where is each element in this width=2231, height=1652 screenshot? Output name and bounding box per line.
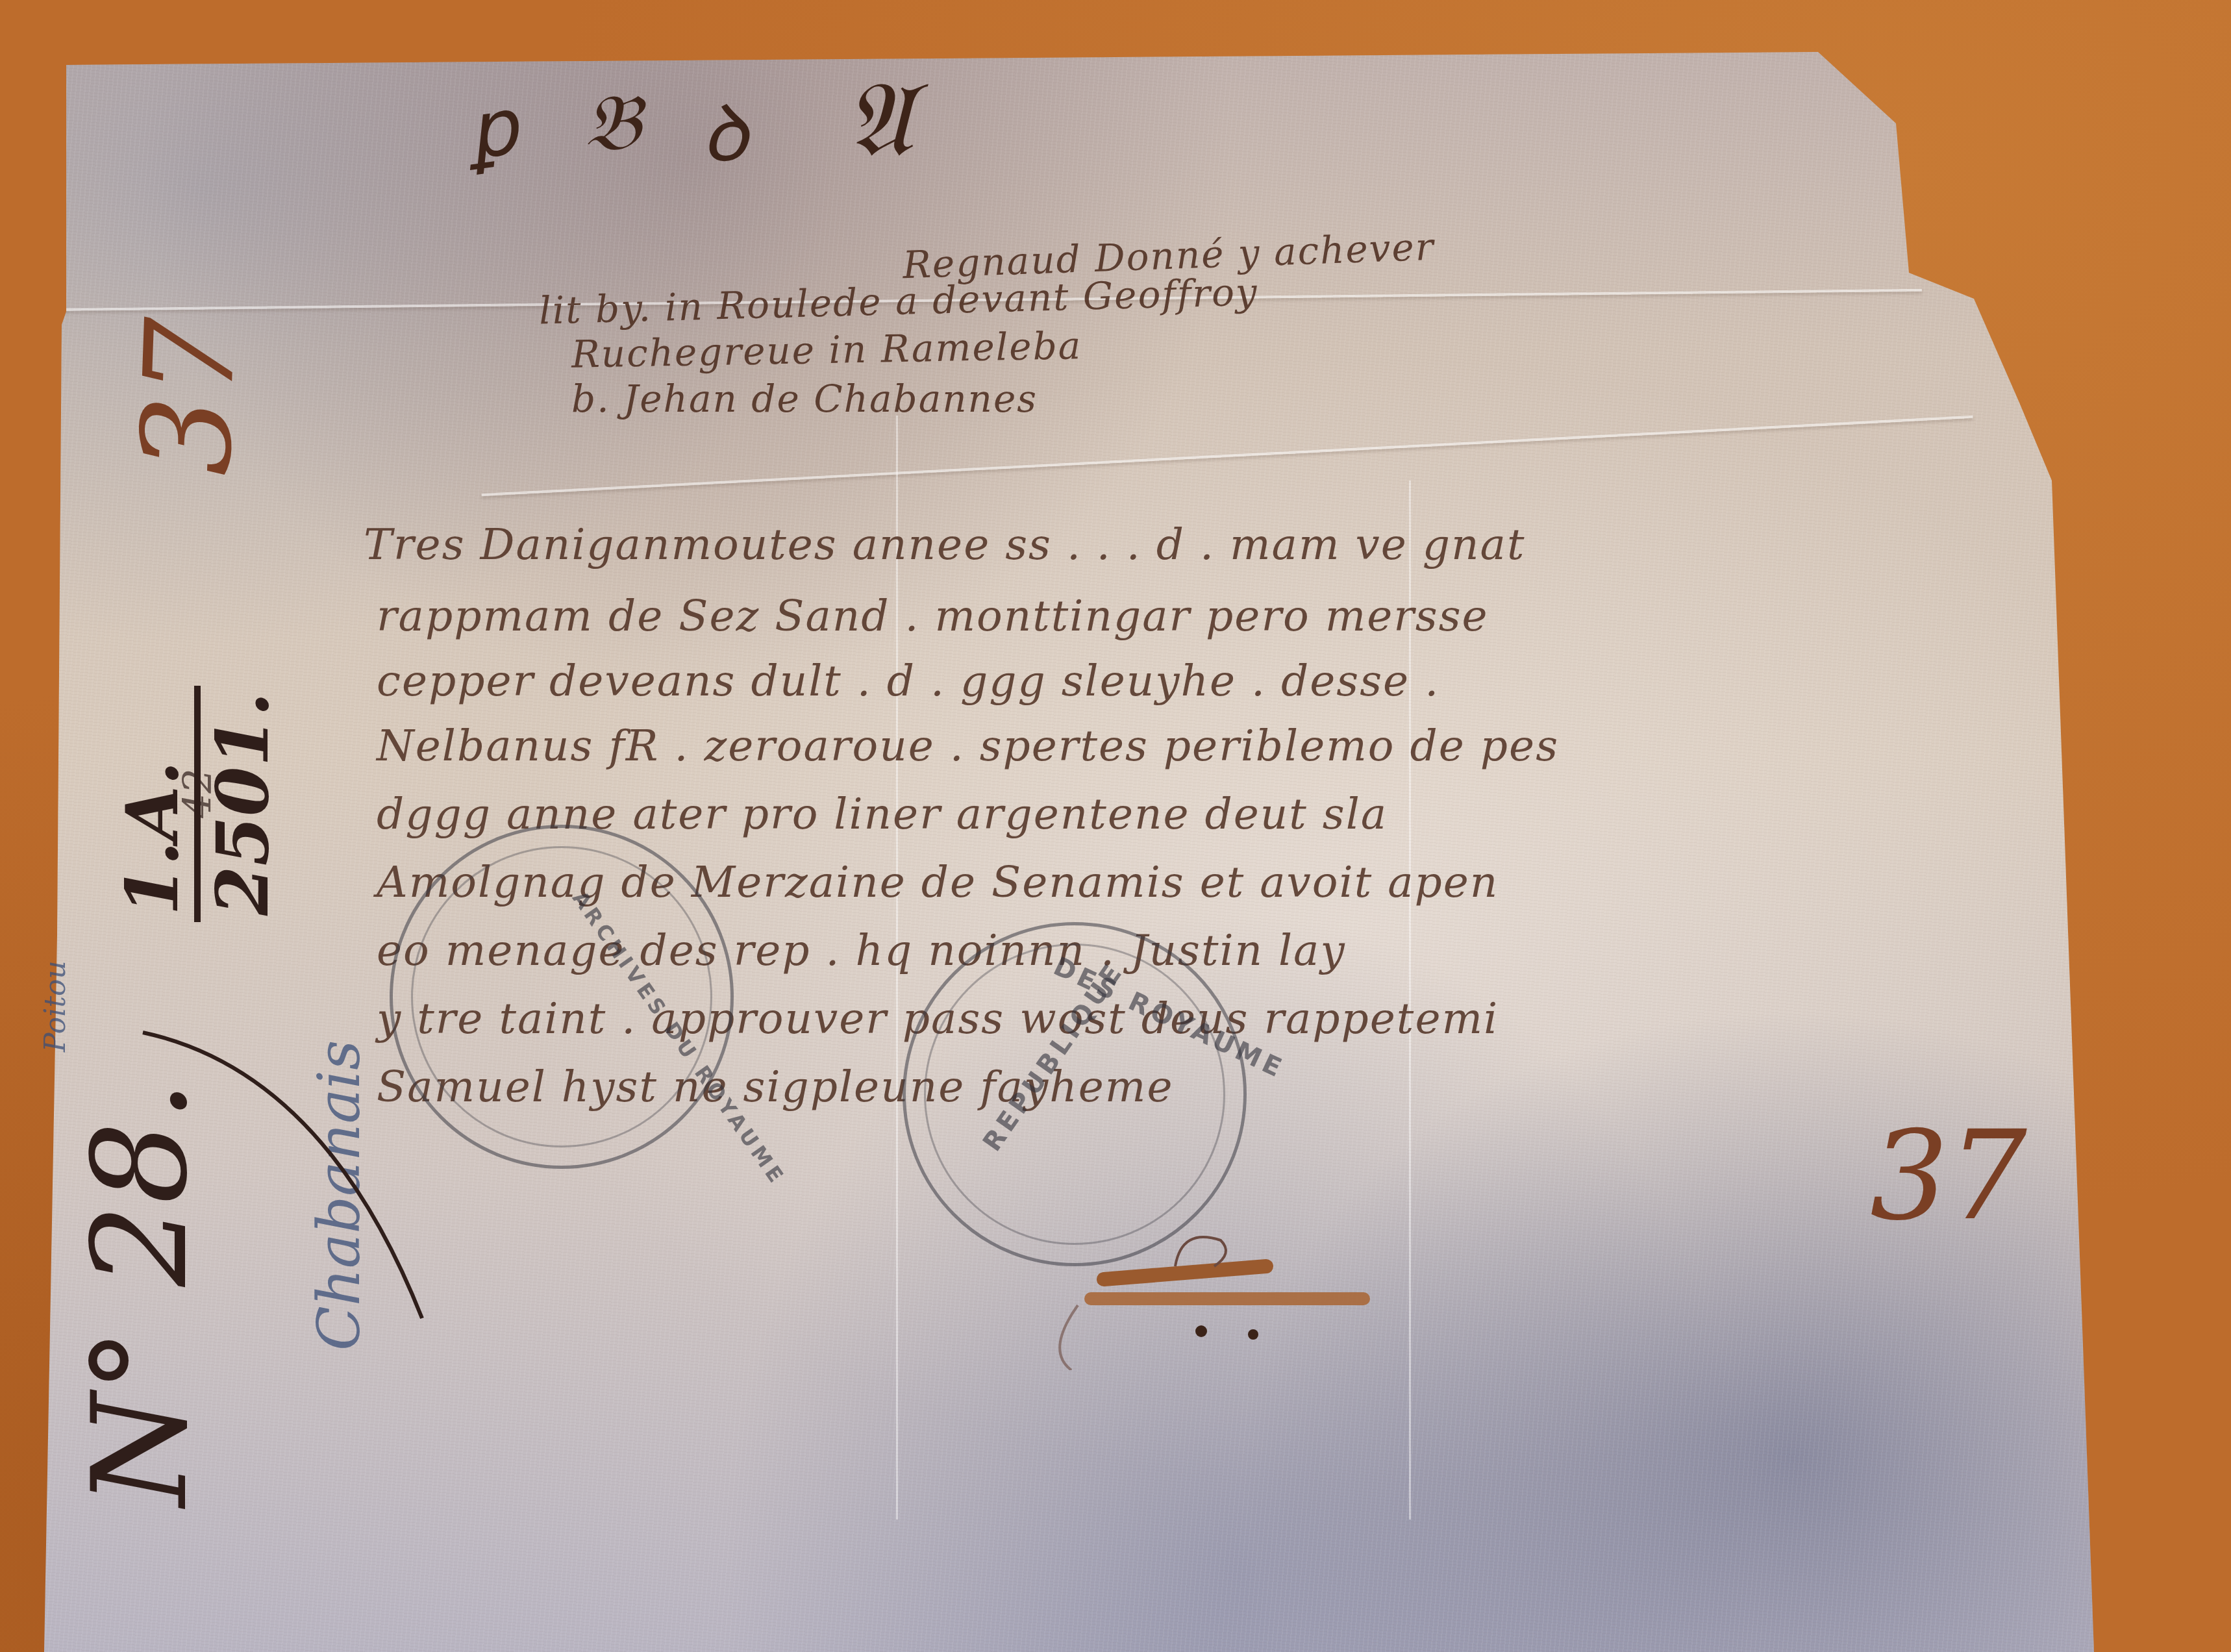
body-line-3: cepper deveans dult . d . ggg sleuyhe . …: [377, 656, 1440, 706]
body-line-4: Nelbanus fR . zeroaroue . spertes peribl…: [377, 721, 1559, 771]
annotation-bracket-icon: [130, 1020, 455, 1344]
folio-number-right: 37: [1870, 1104, 2027, 1247]
stamp-center-text: REPUBLIQUE: [977, 957, 1130, 1157]
body-line-2: rappmam de Sez Sand . monttingar pero me…: [377, 591, 1489, 641]
blue-pencil-small: Poitou: [39, 960, 72, 1052]
body-line-1: Tres Daniganmoutes annee ss . . . d . ma…: [364, 519, 1525, 569]
folio-number-left: 37: [114, 316, 263, 477]
heading-line-4: b. Jehan de Chabannes: [571, 377, 1038, 421]
signature-mark-4: 𝔄: [844, 58, 914, 181]
signature-mark-2: 𝔅: [584, 78, 642, 169]
signature-mark-3: ꝺ: [701, 78, 749, 184]
archives-stamp-center: DES ROYAUME REPUBLIQUE: [903, 922, 1247, 1266]
heading-line-3: Ruchegreue in Rameleba: [571, 323, 1082, 377]
small-number: 42: [175, 769, 221, 818]
fold-line-heading: [481, 416, 1973, 496]
